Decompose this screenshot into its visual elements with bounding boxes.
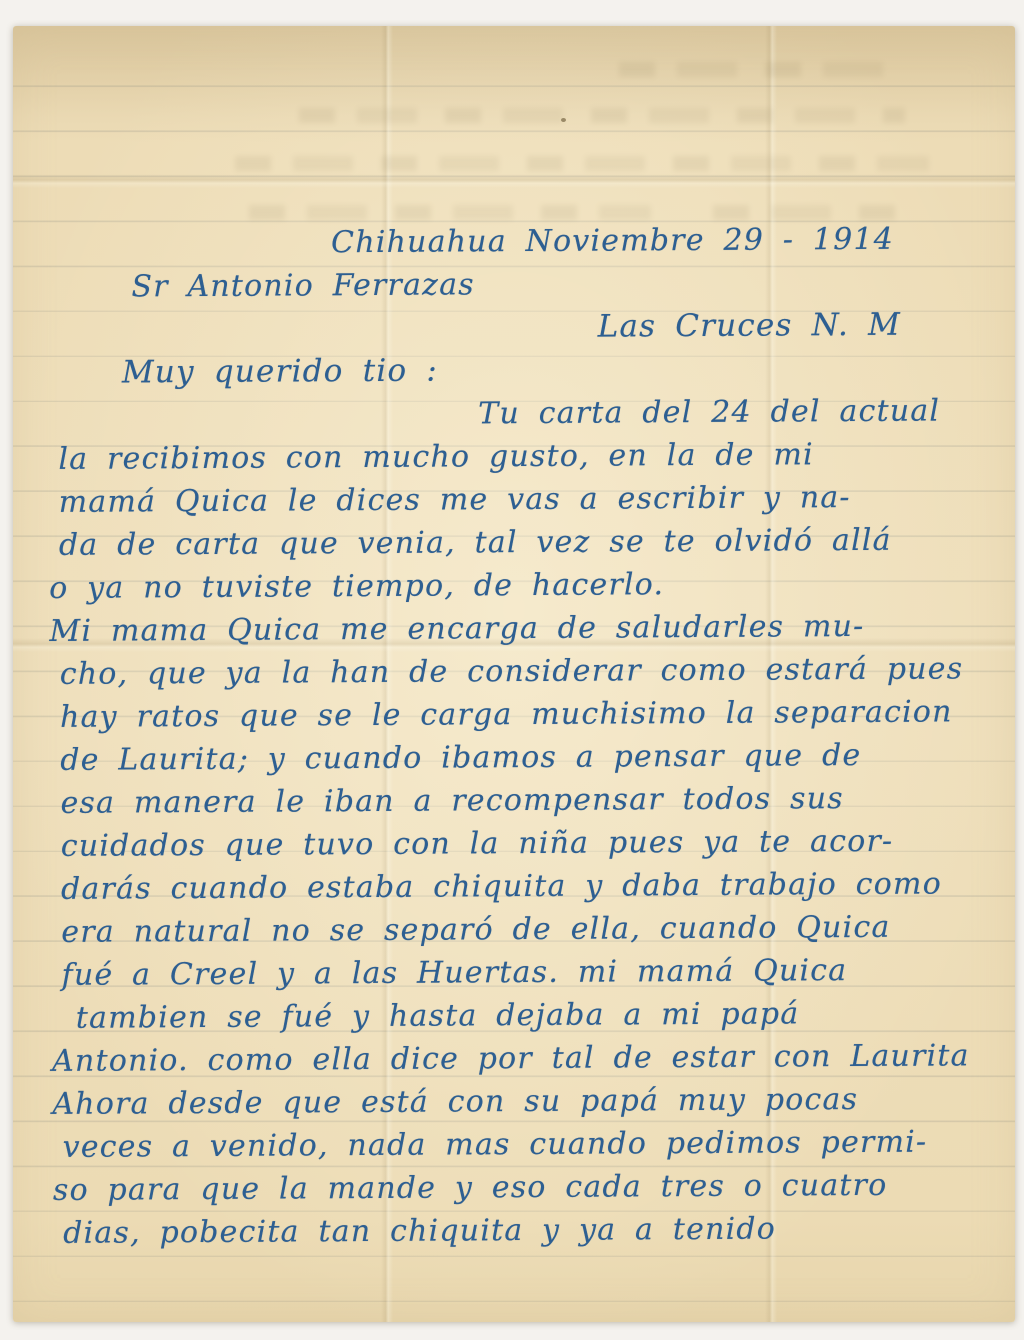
bleedthrough-smudge [235,156,929,171]
fold-crease-horizontal-upper [13,174,1015,188]
letter-recipient-location: Las Cruces N. M [40,303,1012,352]
letter-body-line: veces a venido, nada mas cuando pedimos … [45,1120,1017,1169]
bleedthrough-smudge [249,205,651,220]
letter-body-line: darás cuando estaba chiquita y daba trab… [43,862,1015,911]
letter-body-line: mamá Quica le dices me vas a escribir y … [41,475,1013,524]
bleedthrough-smudge [619,62,901,77]
letter-dateline: Chihuahua Noviembre 29 - 1914 [39,217,1011,266]
letter-body-line: cho, que ya la han de considerar como es… [42,647,1014,696]
letter-body-line: esa manera le iban a recompensar todos s… [42,776,1014,825]
letter-body-line: era natural no se separó de ella, cuando… [43,905,1015,954]
letter-salutation: Muy querido tio : [40,346,1012,395]
letter-body-line: fué a Creel y a las Huertas. mi mamá Qui… [43,948,1015,997]
letter-body-line: Ahora desde que está con su papá muy poc… [44,1077,1016,1126]
letter-body-line: hay ratos que se le carga muchisimo la s… [42,690,1014,739]
letter-body-line: cuidados que tuvo con la niña pues ya te… [43,819,1015,868]
letter-body-line: da de carta que venia, tal vez se te olv… [41,518,1013,567]
letter-recipient: Sr Antonio Ferrazas [39,260,1011,309]
letter-content: Chihuahua Noviembre 29 - 1914 Sr Antonio… [39,217,1017,1255]
letter-body-line: o ya no tuviste tiempo, de hacerlo. [41,561,1013,610]
letter-page: Chihuahua Noviembre 29 - 1914 Sr Antonio… [13,26,1015,1322]
letter-body-line: so para que la mande y eso cada tres o c… [45,1163,1017,1212]
letter-body-line: Mi mama Quica me encarga de saludarles m… [41,604,1013,653]
letter-opening-line: Tu carta del 24 del actual [40,389,1012,438]
letter-body-line: de Laurita; y cuando ibamos a pensar que… [42,733,1014,782]
letter-body-line: tambien se fué y hasta dejaba a mi papá [44,991,1016,1040]
scan-background: { "letter": { "dateline": "Chihuahua Nov… [0,0,1024,1340]
bleedthrough-smudge [299,108,905,123]
ink-speck [561,118,566,122]
letter-body-line: la recibimos con mucho gusto, en la de m… [40,432,1012,481]
letter-body-line: dias, pobecita tan chiquita y ya a tenid… [45,1206,1017,1255]
letter-body-line: Antonio. como ella dice por tal de estar… [44,1034,1016,1083]
